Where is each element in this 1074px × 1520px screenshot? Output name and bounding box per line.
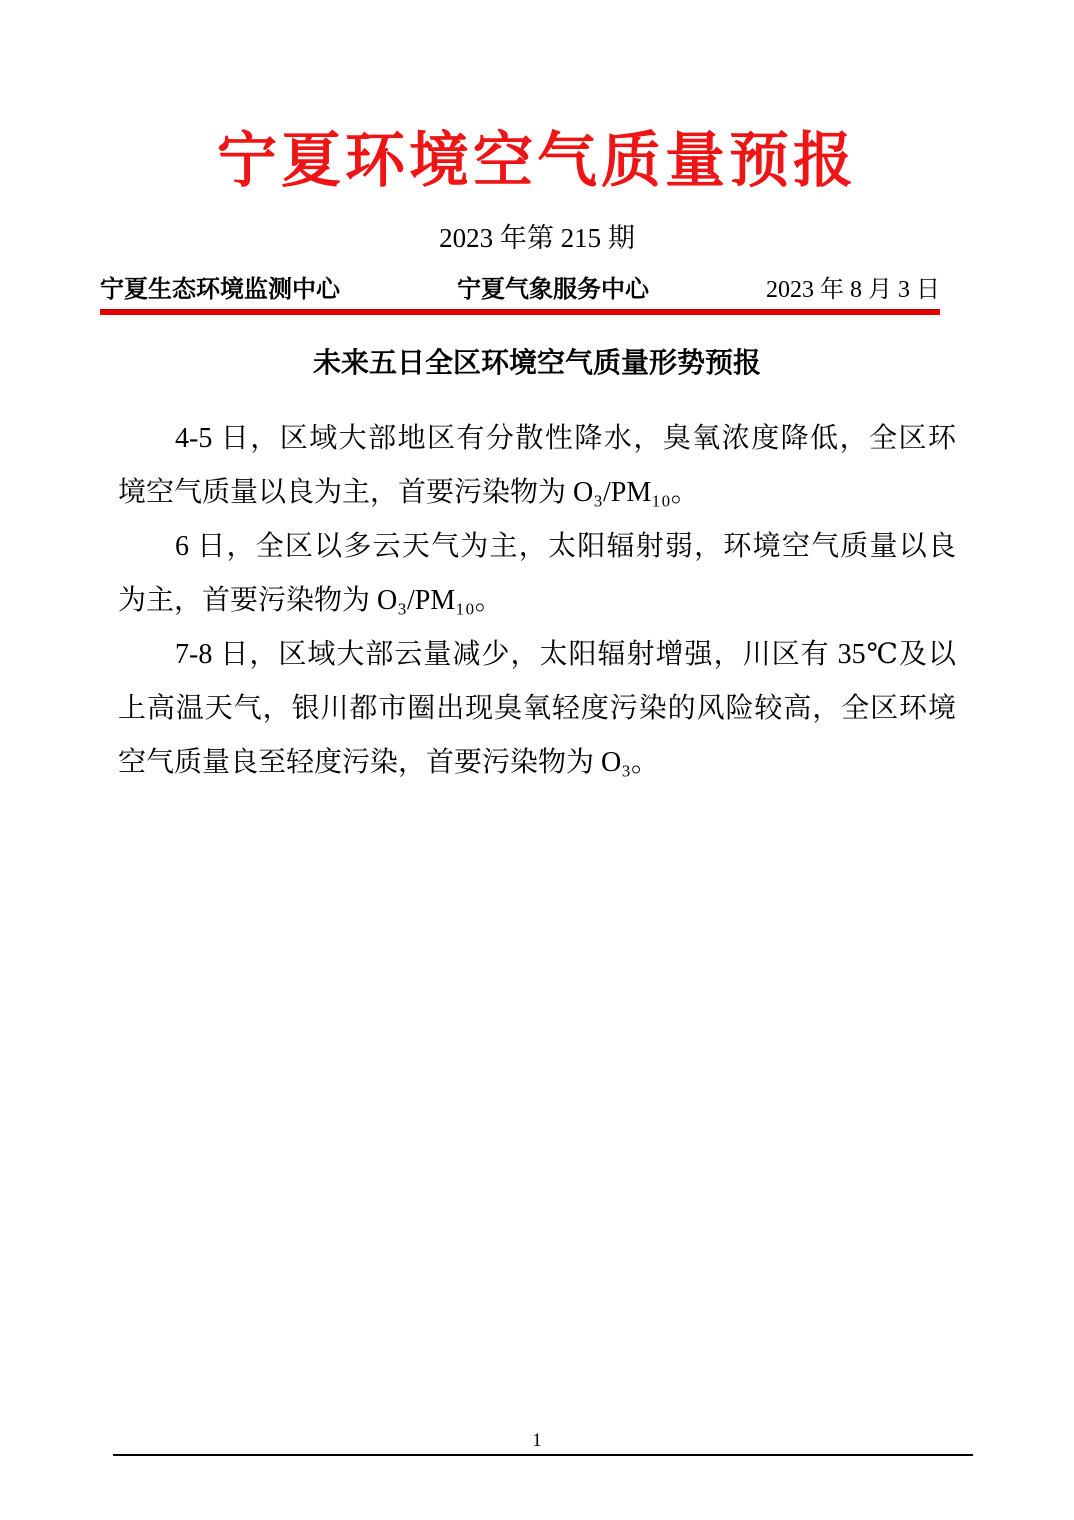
paragraph-days-4-5: 4-5 日，区域大部地区有分散性降水，臭氧浓度降低，全区环 境空气质量以良为主，… [118, 412, 956, 520]
forecast-body: 4-5 日，区域大部地区有分散性降水，臭氧浓度降低，全区环 境空气质量以良为主，… [118, 412, 956, 790]
issue-number: 2023 年第 215 期 [0, 220, 1074, 256]
paragraph-line: 空气质量良至轻度污染，首要污染物为 O₃。 [118, 736, 956, 790]
paragraph-day-6: 6 日，全区以多云天气为主，太阳辐射弱，环境空气质量以良 为主，首要污染物为 O… [118, 520, 956, 628]
paragraph-line: 6 日，全区以多云天气为主，太阳辐射弱，环境空气质量以良 [118, 520, 956, 574]
paragraph-days-7-8: 7-8 日，区域大部云量减少，太阳辐射增强，川区有 35℃及以 上高温天气，银川… [118, 628, 956, 790]
page-number: 1 [0, 1428, 1074, 1454]
paragraph-line: 为主，首要污染物为 O₃/PM₁₀。 [118, 574, 956, 628]
issue-date: 2023 年 8 月 3 日 [766, 274, 940, 306]
section-heading: 未来五日全区环境空气质量形势预报 [0, 344, 1074, 384]
document-page: 宁夏环境空气质量预报 2023 年第 215 期 宁夏生态环境监测中心 宁夏气象… [0, 0, 1074, 1520]
footer-rule [113, 1454, 973, 1456]
document-title: 宁夏环境空气质量预报 [0, 122, 1074, 200]
red-divider-rule [100, 309, 940, 315]
paragraph-line: 上高温天气，银川都市圈出现臭氧轻度污染的风险较高，全区环境 [118, 682, 956, 736]
issuer-org-center: 宁夏气象服务中心 [457, 274, 649, 306]
paragraph-line: 4-5 日，区域大部地区有分散性降水，臭氧浓度降低，全区环 [118, 412, 956, 466]
issuer-org-left: 宁夏生态环境监测中心 [100, 274, 340, 306]
paragraph-line: 境空气质量以良为主，首要污染物为 O₃/PM₁₀。 [118, 466, 956, 520]
issuer-row: 宁夏生态环境监测中心 宁夏气象服务中心 2023 年 8 月 3 日 [100, 274, 940, 306]
paragraph-line: 7-8 日，区域大部云量减少，太阳辐射增强，川区有 35℃及以 [118, 628, 956, 682]
